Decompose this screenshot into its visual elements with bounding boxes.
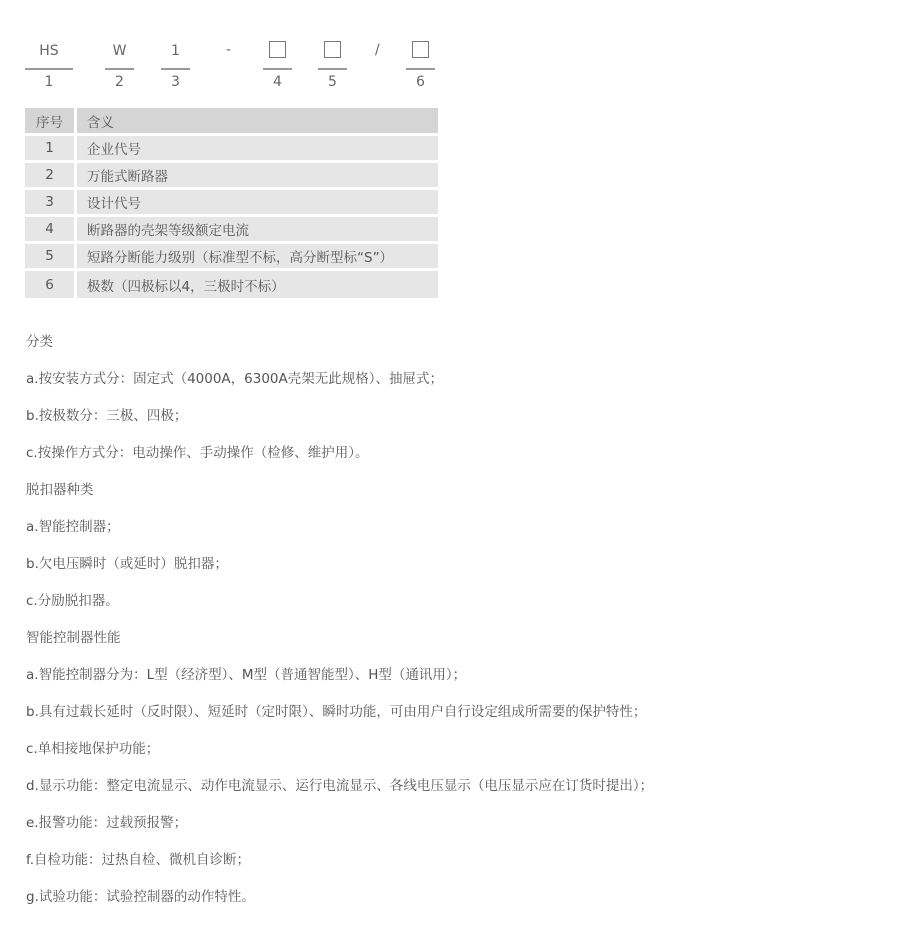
paragraph: b.按极数分：三极、四极；: [26, 406, 886, 443]
model-code-diagram: HS 1 W 2 1 3 - 4 5 / 6: [25, 36, 445, 96]
table-row: 3 设计代号: [25, 190, 438, 217]
table-row: 2 万能式断路器: [25, 163, 438, 190]
section-heading-classification: 分类: [26, 332, 886, 369]
section-heading-release-types: 脱扣器种类: [26, 480, 886, 517]
blank-box-icon: [412, 41, 429, 58]
paragraph: b.欠电压瞬时（或延时）脱扣器；: [26, 554, 886, 591]
paragraph: c.按操作方式分：电动操作、手动操作（检修、维护用）。: [26, 443, 886, 480]
paragraph: a.按安装方式分：固定式（4000A，6300A壳架无此规格）、抽屉式；: [26, 369, 886, 406]
code-segment-1: HS 1: [25, 36, 73, 92]
paragraph: c.单相接地保护功能；: [26, 739, 886, 776]
paragraph: c.分励脱扣器。: [26, 591, 886, 628]
code-segment-2: W 2: [105, 36, 134, 92]
header-index: 序号: [25, 108, 77, 136]
blank-box-icon: [324, 41, 341, 58]
paragraph: b.具有过载长延时（反时限）、短延时（定时限）、瞬时功能，可由用户自行设定组成所…: [26, 702, 886, 739]
paragraph: a.智能控制器；: [26, 517, 886, 554]
paragraph: a.智能控制器分为：L型（经济型）、M型（普通智能型）、H型（通讯用）；: [26, 665, 886, 702]
code-segment-5: 5: [318, 36, 347, 92]
paragraph: e.报警功能：过载预报警；: [26, 813, 886, 850]
paragraph: d.显示功能：整定电流显示、动作电流显示、运行电流显示、各线电压显示（电压显示应…: [26, 776, 886, 813]
table-header-row: 序号 含义: [25, 108, 438, 136]
paragraph: f.自检功能：过热自检、微机自诊断；: [26, 850, 886, 887]
paragraph: g.试验功能：试验控制器的动作特性。: [26, 887, 886, 924]
code-dash: -: [226, 42, 231, 58]
code-meaning-table: 序号 含义 1 企业代号 2 万能式断路器 3 设计代号 4 断路器的壳架等级额…: [25, 108, 438, 298]
code-segment-3: 1 3: [161, 36, 190, 92]
header-meaning: 含义: [77, 108, 438, 136]
code-segment-4: 4: [263, 36, 292, 92]
table-row: 6 极数（四极标以4，三极时不标）: [25, 271, 438, 298]
table-row: 1 企业代号: [25, 136, 438, 163]
blank-box-icon: [269, 41, 286, 58]
table-row: 5 短路分断能力级别（标准型不标，高分断型标“S”）: [25, 244, 438, 271]
table-row: 4 断路器的壳架等级额定电流: [25, 217, 438, 244]
code-segment-6: 6: [406, 36, 435, 92]
code-slash: /: [375, 42, 380, 58]
description-content: 分类 a.按安装方式分：固定式（4000A，6300A壳架无此规格）、抽屉式； …: [26, 332, 886, 924]
section-heading-controller-performance: 智能控制器性能: [26, 628, 886, 665]
